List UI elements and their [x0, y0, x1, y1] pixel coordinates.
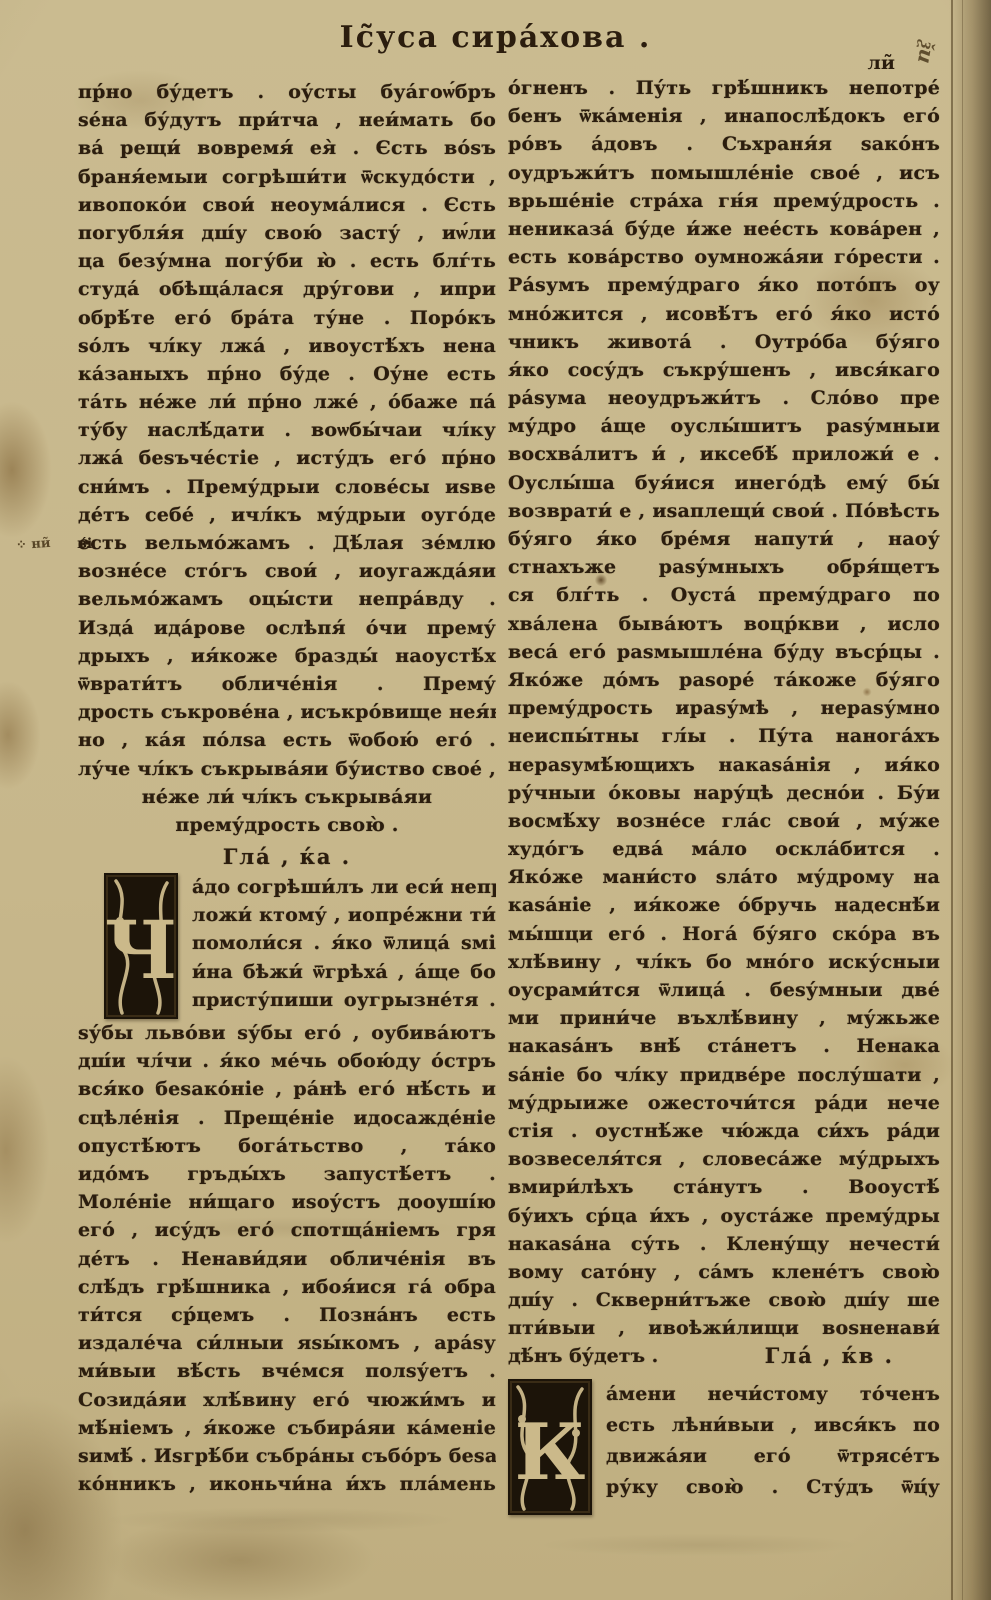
folio-number: ли̃ — [868, 52, 896, 74]
text-line: мно́жится , исовѣ́тъ его́ я́ко исто́ — [508, 300, 940, 328]
text-line: бенъ ѿка́менія , инапослѣ́докъ его́ — [508, 102, 940, 130]
text-line: но , ка́я по́лѕа есть ѿобою́ его́ . — [78, 726, 496, 754]
text-line: ми прини́че въхлѣ́вину , му́жьже — [508, 1004, 940, 1032]
text-line: вмири́лѣхъ ста́нутъ . Вооустѣ́ — [508, 1173, 940, 1201]
chapter-21-opening: Ч а́до согрѣши́лъ ли еси́ неприложи́ кто… — [78, 873, 496, 1019]
text-line: сцѣле́нія . Преще́ніе идосажде́ніе — [78, 1104, 496, 1132]
right-text-column: о́гненъ . Пу́ть грѣ́шникъ непотре́бенъ ѿ… — [508, 74, 940, 1515]
text-line: ва́ рещи́ вовремя́ ея̀ . Єсть во́ѕъ — [78, 134, 496, 162]
text-line: оусрами́тся ѿлица́ . беѕу́мныи две́ — [508, 976, 940, 1004]
text-line: ивопоко́и свои́ неоума́лися . Єсть — [78, 191, 496, 219]
text-line: ру́ку свою̀ . Сту́дъ ѿц́у — [606, 1472, 940, 1503]
text-line: браня́емыи согрѣши́ти ѿскудо́сти , — [78, 163, 496, 191]
text-line: пр́но бу́детъ . оу́сты буа́гоѡ́бръ — [78, 78, 496, 106]
right-column-body: о́гненъ . Пу́ть грѣ́шникъ непотре́бенъ ѿ… — [508, 74, 940, 1342]
text-line: лу́че чл́къ съкрыва́яи бу́иство свое́ , — [78, 755, 496, 783]
text-line: мы́шци его́ . Нога́ бу́яго ско́ра въ — [508, 920, 940, 948]
text-line: Изда́ ида́рове ослѣпя́ о́чи прему́ — [78, 614, 496, 642]
text-line: и́на бѣжи́ ѿгрѣха́ , а́ще бо — [192, 958, 496, 986]
chapter-21-heading: Гла́ , ќа . — [78, 841, 496, 873]
left-text-column: пр́но бу́детъ . оу́сты буа́гоѡ́бръѕе́на … — [78, 78, 496, 1498]
text-line: помоли́ся . я́ко ѿлица́ ѕмі — [192, 929, 496, 957]
text-line: врьше́ніе стра́ха гн́я прему́дрость . — [508, 187, 940, 215]
text-line: Яко́же до́мъ раѕоре́ та́коже бу́яго — [508, 666, 940, 694]
text-line: вому сато́ну , са́мъ клене́тъ свою̀ — [508, 1258, 940, 1286]
text-line: слѣ́дъ грѣ́шника , ибоя́ися га́ обра — [78, 1273, 496, 1301]
book-gutter-shadow — [949, 0, 991, 1600]
text-line: сни́мъ . Прему́дрыи слове́сы иѕве — [78, 473, 496, 501]
text-line: каѕа́ніе , ия́коже о́бручь надеснѣ́и — [508, 891, 940, 919]
text-line: стнахъже раѕу́мныхъ обря́щетъ — [508, 553, 940, 581]
text-line: возвеселя́тся , словеса́же му́дрыхъ — [508, 1145, 940, 1173]
text-line: де́тъ . Ненави́дяи обличе́нія въ — [78, 1245, 496, 1273]
text-line: мѣ́ніемъ , я́коже събира́яи ка́меніе — [78, 1414, 496, 1442]
text-line: ѕе́на бу́дутъ при́тча , неи́мать бо — [78, 106, 496, 134]
text-line: ти́тся ср́цемъ . Позна́нъ есть — [78, 1301, 496, 1329]
text-line: возне́се сто́гъ свои́ , иоугажда́яи — [78, 557, 496, 585]
text-line: дш́у . Скверни́тъже свою̀ дш́у ше — [508, 1286, 940, 1314]
text-line: му́дрыиже ожесточи́тся ра́ди нече — [508, 1089, 940, 1117]
text-line: Оуслы́ша буя́ися инего́дѣ ему́ бы́ — [508, 469, 940, 497]
text-line: вся́ко беѕако́ніе , ра́нѣ его́ нѣ́сть и — [78, 1075, 496, 1103]
text-line: ро́въ а́довъ . Съхраня́я ѕако́нъ — [508, 130, 940, 158]
text-line-centered: прему́дрость свою̀ . — [78, 811, 496, 839]
text-line: бу́яго я́ко бре́мя напути́ , наоу́ — [508, 525, 940, 553]
text-line: возврати́ е , иѕаплещи́ свои́ . По́вѣсть — [508, 497, 940, 525]
text-line: ми́выи вѣ́сть вче́мся полѕу́етъ . — [78, 1357, 496, 1385]
text-line: ѕу́бы льво́ви ѕу́бы его́ , оубива́ютъ — [78, 1019, 496, 1047]
text-line: вельмо́жамъ оцы́сти непра́вду . — [78, 585, 496, 613]
text-line: худо́гъ едва́ ма́ло оскла́бится . — [508, 835, 940, 863]
text-line: движа́яи его́ ѿтрясе́тъ — [606, 1441, 940, 1472]
text-line: лжа́ беѕъче́стіе , исту́дъ его́ пр́но — [78, 444, 496, 472]
text-line: Созида́яи хлѣ́вину его́ чюжи́мъ и — [78, 1386, 496, 1414]
text-line: стія . оустнѣ́же чю́жда си́хъ ра́ди — [508, 1117, 940, 1145]
text-line: ся блѓть . Оуста́ прему́драго по — [508, 581, 940, 609]
text-line: пти́выи , ивоѣжи́лищи воѕненави́ — [508, 1314, 940, 1342]
woodcut-initial-che: Ч — [104, 873, 178, 1019]
text-line: ѕа́ніе бо чл́ку придве́ре послу́шати , — [508, 1061, 940, 1089]
text-line: восмѣ́ху возне́се гла́с свои́ , му́же — [508, 807, 940, 835]
chapter-22-first-lines: а́мени нечи́стому то́ченъесть лѣни́выи ,… — [606, 1379, 940, 1503]
text-line: есть вельмо́жамъ . Дѣ́лая зе́млю — [78, 529, 496, 557]
text-line: дш́и чл́чи . я́ко ме́чь обою́ду о́стръ — [78, 1047, 496, 1075]
text-line: му́дро а́ще оуслы́шитъ раѕу́мныи — [508, 412, 940, 440]
text-line: ра́ѕума неоудръжи́тъ . Сло́во пре — [508, 384, 940, 412]
text-line: прему́дрость ираѕу́мѣ , нераѕу́мно — [508, 694, 940, 722]
text-line: оудръжи́тъ помышле́ніе свое́ , исъ — [508, 159, 940, 187]
woodcut-initial-ka: К — [508, 1379, 592, 1515]
manuscript-page: Іс̃уса сира́хова . ли̃ ѯи ⁘ ни̃ в́і пр́н… — [0, 0, 991, 1600]
text-line: неиспы́тны гл́ы . Пу́та нанога́хъ — [508, 722, 940, 750]
text-line: издале́ча си́лныи яѕы́комъ , ара́ѕу — [78, 1329, 496, 1357]
text-line: обрѣ́те его́ бра́та ту́не . Поро́къ — [78, 304, 496, 332]
text-line: есть кова́рство оумножа́яи го́рести . — [508, 243, 940, 271]
left-column-body: пр́но бу́детъ . оу́сты буа́гоѡ́бръѕе́на … — [78, 78, 496, 783]
text-line: Моле́ніе ни́щаго иѕоу́стъ дооуші́ю — [78, 1188, 496, 1216]
margin-note-handwritten: ⁘ ни̃ — [16, 536, 52, 553]
left-column-centered-end: не́же ли́ чл́къ съкрыва́яипрему́дрость с… — [78, 783, 496, 839]
text-line: ложи́ ктому́ , иопре́жни ти́ — [192, 901, 496, 929]
text-line: студа́ обѣща́лася дру́гови , ипри — [78, 275, 496, 303]
text-line: Яко́же мани́сто ѕла́то му́дрому на — [508, 863, 940, 891]
chapter-22-opening: К а́мени нечи́стому то́ченъесть лѣни́выи… — [508, 1379, 940, 1515]
text-line: хлѣ́вину , чл́къ бо мно́го иску́сныи — [508, 948, 940, 976]
chapter-22-heading-row: дѣ́нъ бу́детъ . Гла́ , ќв . — [508, 1342, 940, 1370]
running-header: Іс̃уса сира́хова . — [0, 20, 991, 55]
text-line: нераѕумѣ́ющихъ накаѕа́нія , ия́ко — [508, 751, 940, 779]
text-line: ту́бу наслѣ́дати . воѡбы́чаи чл́ку — [78, 416, 496, 444]
text-line: та́ть не́же ли́ пр́но лже́ , о́баже па́ — [78, 388, 496, 416]
text-line: погубля́я дш́у свою́ засту́ , иѡ́ли — [78, 219, 496, 247]
text-line: ко́нникъ , иконьчи́на и́хъ пла́мень — [78, 1470, 496, 1498]
text-line: ру́чныи о́ковы нару́цѣ десно́и . Бу́и — [508, 779, 940, 807]
text-line: чникъ живота́ . Оутро́ба бу́яго — [508, 328, 940, 356]
text-line: а́мени нечи́стому то́ченъ — [606, 1379, 940, 1410]
text-line: ѕо́лъ чл́ку лжа́ , ивоустѣ́хъ нена — [78, 332, 496, 360]
text-line: Ра́ѕумъ прему́драго я́ко пото́пъ оу — [508, 271, 940, 299]
text-line: ка́заныхъ пр́но бу́де . Оу́не есть — [78, 360, 496, 388]
text-line: нениказа́ бу́де и́же нее́сть кова́рен , — [508, 215, 940, 243]
text-line: дрыхъ , ия́коже бразды́ наоустѣ́х — [78, 642, 496, 670]
paragraph-end-line: дѣ́нъ бу́детъ . — [508, 1342, 658, 1370]
text-line: восхва́литъ и́ , иксебѣ́ приложи́ е . — [508, 440, 940, 468]
text-line: ца безу́мна погу́би ю̀ . есть блѓть — [78, 247, 496, 275]
text-line: накаѕа́на су́ть . Клену́щу нечести́ — [508, 1230, 940, 1258]
text-line: опустѣ́ютъ бога́тьство , та́ко — [78, 1132, 496, 1160]
chapter-22-heading: Гла́ , ќв . — [765, 1342, 894, 1370]
text-line: ѕимѣ́ . Иѕгрѣ́би събра́ны събо́ръ беѕа — [78, 1442, 496, 1470]
svg-text:К: К — [515, 1407, 586, 1498]
svg-text:Ч: Ч — [104, 903, 177, 997]
handwritten-foliation-mark: ѯи — [912, 39, 941, 65]
text-line: накаѕа́нъ внѣ́ ста́нетъ . Ненака — [508, 1032, 940, 1060]
chapter-21-first-lines: а́до согрѣши́лъ ли еси́ неприложи́ ктому… — [192, 873, 496, 1014]
text-line: хва́лена быва́ютъ воцр́кви , исло — [508, 610, 940, 638]
text-line: есть лѣни́выи , ився́къ по — [606, 1410, 940, 1441]
text-line: присту́пиши оугрызне́тя . — [192, 986, 496, 1014]
text-line: его́ , ису́дъ его́ спотща́ніемъ гря — [78, 1216, 496, 1244]
text-line: бу́ихъ ср́ца и́хъ , оуста́же прему́дры — [508, 1202, 940, 1230]
left-column-continuation: ѕу́бы льво́ви ѕу́бы его́ , оубива́ютъдш́… — [78, 1019, 496, 1498]
text-line-centered: не́же ли́ чл́къ съкрыва́яи — [78, 783, 496, 811]
text-line: о́гненъ . Пу́ть грѣ́шникъ непотре́ — [508, 74, 940, 102]
text-line: веса́ его́ раѕмышле́на бу́ду въср́цы . — [508, 638, 940, 666]
text-line: идо́мъ гръды́хъ запустѣ́етъ . — [78, 1160, 496, 1188]
text-line: я́ко сосу́дъ съкру́шенъ , ився́каго — [508, 356, 940, 384]
text-line: ѿврати́тъ обличе́нія . Прему́ — [78, 670, 496, 698]
text-line: дрость съкрове́на , исъкро́вище нея́вле — [78, 698, 496, 726]
text-line: де́тъ себе́ , ичл́къ му́дрыи оуго́де — [78, 501, 496, 529]
text-line: а́до согрѣши́лъ ли еси́ непри — [192, 873, 496, 901]
